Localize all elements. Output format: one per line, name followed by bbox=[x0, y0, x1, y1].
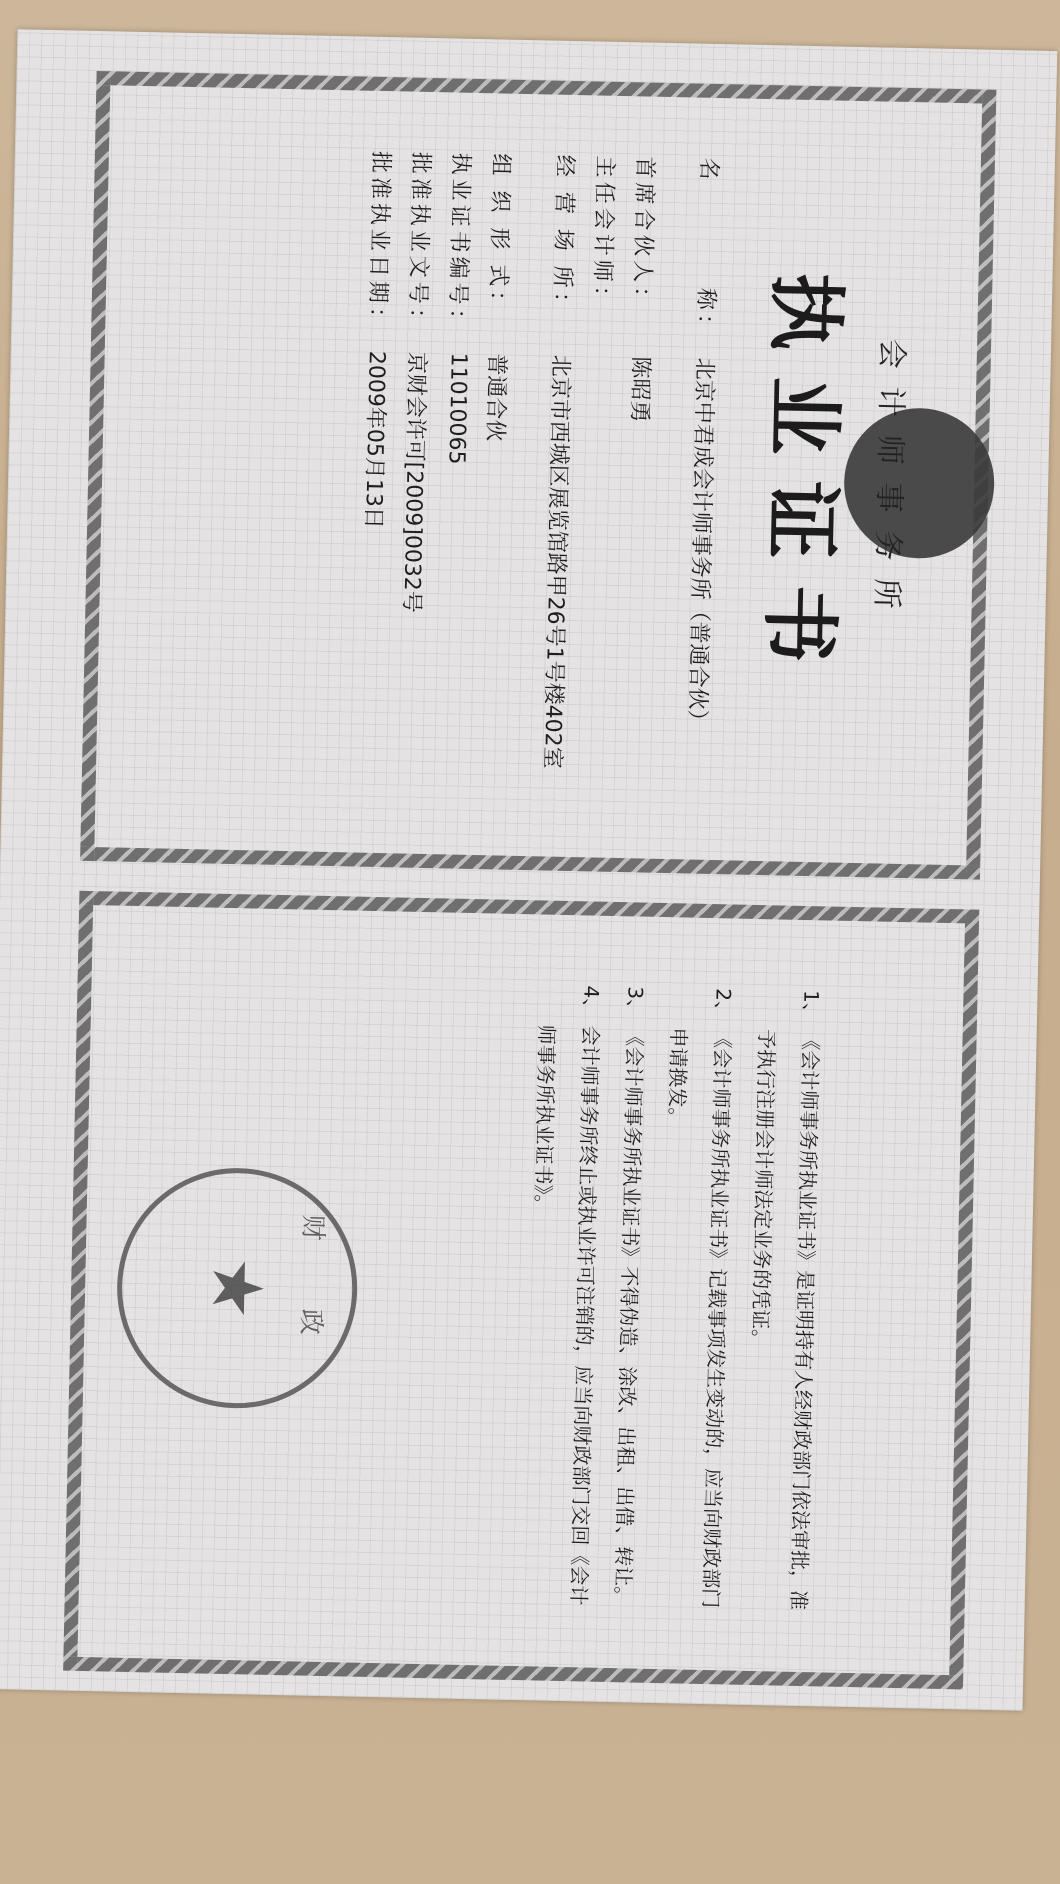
note-item: 2、 《会计师事务所执业证书》记载事项发生变动的，应当向财政部门申请换发。 bbox=[645, 987, 746, 1611]
field-value bbox=[593, 356, 603, 818]
star-icon: ★ bbox=[196, 1256, 279, 1320]
note-number: 2、 bbox=[657, 987, 746, 1029]
field-value: 2009年05月13日 bbox=[354, 351, 395, 814]
field-value: 普通合伙 bbox=[474, 353, 515, 816]
certificate-title: 执业证书 bbox=[744, 99, 872, 863]
note-item: 1、 《会计师事务所执业证书》是证明持有人经财政部门依法审批，准予执行注册会计师… bbox=[733, 989, 834, 1613]
certificate-paper: 会计师事务所 执业证书 名 称： 北京中君成会计师事务所（普通合伙） 首席合伙人… bbox=[0, 29, 1057, 1710]
national-emblem-icon bbox=[843, 407, 996, 560]
certificate-right-panel: 1、 《会计师事务所执业证书》是证明持有人经财政部门依法审批，准予执行注册会计师… bbox=[63, 891, 979, 1690]
seal-text: 财 政 bbox=[293, 1174, 335, 1405]
note-number: 3、 bbox=[613, 986, 658, 1027]
certificate-subtitle: 会计师事务所 bbox=[862, 101, 922, 864]
note-text: 《会计师事务所执业证书》记载事项发生变动的，应当向财政部门申请换发。 bbox=[645, 1027, 745, 1611]
field-label: 批准执业文号： bbox=[403, 151, 438, 352]
note-text: 会计师事务所终止或执业许可注销的，应当向财政部门交回《会计师事务所执业证书》。 bbox=[513, 1024, 613, 1608]
note-text: 《会计师事务所执业证书》是证明持有人经财政部门依法审批，准予执行注册会计师法定业… bbox=[733, 1029, 833, 1613]
field-value: 北京中君成会计师事务所（普通合伙） bbox=[682, 357, 723, 820]
official-seal: 财 政 ★ bbox=[115, 1166, 360, 1411]
field-value: 11010065 bbox=[437, 352, 472, 814]
field-value: 北京市西城区展览馆路甲26号1号楼402室 bbox=[538, 354, 579, 817]
field-label: 主任会计师： bbox=[587, 155, 622, 356]
field-label: 批准执业日期： bbox=[363, 151, 398, 352]
note-number: 1、 bbox=[745, 989, 834, 1031]
field-label: 经 营 场 所： bbox=[547, 155, 582, 356]
field-name: 名 称： 北京中君成会计师事务所（普通合伙） bbox=[677, 157, 731, 820]
notes-list: 1、 《会计师事务所执业证书》是证明持有人经财政部门依法审批，准予执行注册会计师… bbox=[513, 984, 834, 1612]
certificate-fields: 名 称： 北京中君成会计师事务所（普通合伙） 首席合伙人： 陈昭勇 主任会计师：… bbox=[349, 151, 731, 821]
field-label: 组 织 形 式： bbox=[483, 153, 518, 354]
note-number: 4、 bbox=[525, 984, 614, 1026]
note-item: 4、 会计师事务所终止或执业许可注销的，应当向财政部门交回《会计师事务所执业证书… bbox=[513, 984, 614, 1608]
certificate-left-panel: 会计师事务所 执业证书 名 称： 北京中君成会计师事务所（普通合伙） 首席合伙人… bbox=[80, 71, 996, 880]
field-label: 名 称： bbox=[691, 158, 726, 359]
field-label: 首席合伙人： bbox=[627, 156, 662, 357]
field-value: 京财会许可[2009]0032号 bbox=[394, 351, 435, 814]
rotated-content: 会计师事务所 执业证书 名 称： 北京中君成会计师事务所（普通合伙） 首席合伙人… bbox=[0, 29, 1057, 1710]
field-value: 陈昭勇 bbox=[618, 356, 659, 819]
field-label: 执业证书编号： bbox=[443, 152, 478, 353]
